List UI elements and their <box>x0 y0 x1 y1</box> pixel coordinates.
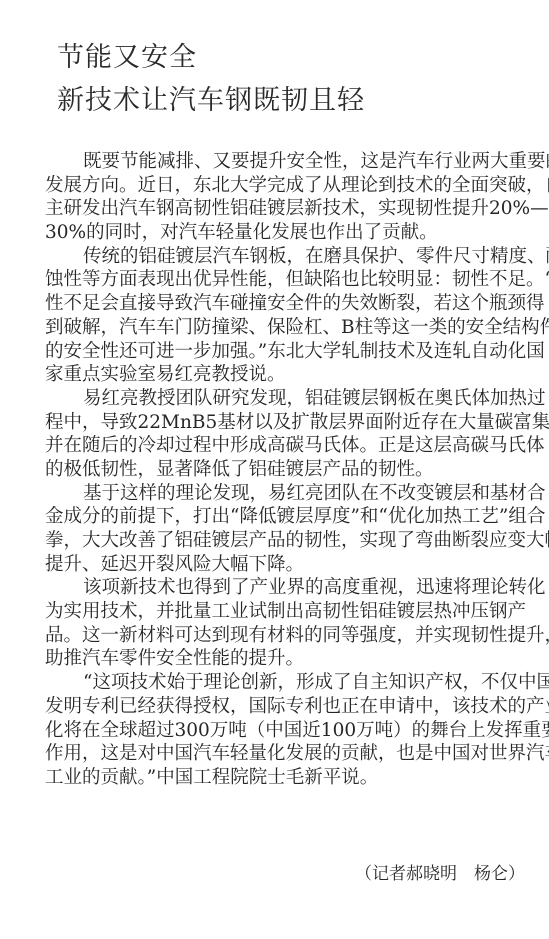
text-line: 助推汽车零件安全性能的提升。 <box>45 647 523 671</box>
paragraph-5: 该项新技术也得到了产业界的高度重视，迅速将理论转化 为实用技术，并批量工业试制出… <box>45 576 523 671</box>
text-line: 作用，这是对中国汽车轻量化发展的贡献，也是中国对世界汽车 <box>45 742 523 766</box>
text-line: 品。这一新材料可达到现有材料的同等强度，并实现韧性提升， <box>45 624 523 648</box>
text-line: 易红亮教授团队研究发现，铝硅镀层钢板在奥氏体加热过 <box>45 387 523 411</box>
text-line: 主研发出汽车钢高韧性铝硅镀层新技术，实现韧性提升20%— <box>45 197 523 221</box>
paragraph-1: 既要节能减排、又要提升安全性，这是汽车行业两大重要的 发展方向。近日，东北大学完… <box>45 150 523 245</box>
headline-line-1: 节能又安全 <box>57 36 365 79</box>
article-body: 既要节能减排、又要提升安全性，这是汽车行业两大重要的 发展方向。近日，东北大学完… <box>45 150 523 790</box>
text-line: 传统的铝硅镀层汽车钢板，在磨具保护、零件尺寸精度、耐 <box>45 245 523 269</box>
text-line: 并在随后的冷却过程中形成高碳马氏体。正是这层高碳马氏体 <box>45 434 523 458</box>
text-line: 的极低韧性，显著降低了铝硅镀层产品的韧性。 <box>45 458 523 482</box>
text-line: 程中，导致22MnB5基材以及扩散层界面附近存在大量碳富集， <box>45 411 523 435</box>
text-line: 化将在全球超过300万吨（中国近100万吨）的舞台上发挥重要 <box>45 719 523 743</box>
text-line: 的安全性还可进一步加强。”东北大学轧制技术及连轧自动化国 <box>45 340 523 364</box>
text-line: 发展方向。近日，东北大学完成了从理论到技术的全面突破，自 <box>45 174 523 198</box>
text-line: 提升、延迟开裂风险大幅下降。 <box>45 553 523 577</box>
paragraph-3: 易红亮教授团队研究发现，铝硅镀层钢板在奥氏体加热过 程中，导致22MnB5基材以… <box>45 387 523 482</box>
text-line: 家重点实验室易红亮教授说。 <box>45 363 523 387</box>
paragraph-4: 基于这样的理论发现，易红亮团队在不改变镀层和基材合 金成分的前提下，打出“降低镀… <box>45 482 523 577</box>
text-line: 金成分的前提下，打出“降低镀层厚度”和“优化加热工艺”组合 <box>45 505 523 529</box>
text-line: 拳，大大改善了铝硅镀层产品的韧性，实现了弯曲断裂应变大幅 <box>45 529 523 553</box>
text-line: 性不足会直接导致汽车碰撞安全件的失效断裂，若这个瓶颈得 <box>45 292 523 316</box>
text-line: 30%的同时，对汽车轻量化发展也作出了贡献。 <box>45 221 523 245</box>
paragraph-2: 传统的铝硅镀层汽车钢板，在磨具保护、零件尺寸精度、耐 蚀性等方面表现出优异性能，… <box>45 245 523 387</box>
text-line: 为实用技术，并批量工业试制出高韧性铝硅镀层热冲压钢产 <box>45 600 523 624</box>
text-line: 既要节能减排、又要提升安全性，这是汽车行业两大重要的 <box>45 150 523 174</box>
text-line: 该项新技术也得到了产业界的高度重视，迅速将理论转化 <box>45 576 523 600</box>
paragraph-6: “这项技术始于理论创新，形成了自主知识产权，不仅中国 发明专利已经获得授权，国际… <box>45 671 523 789</box>
text-line: 工业的贡献。”中国工程院院士毛新平说。 <box>45 766 523 790</box>
headline-line-2: 新技术让汽车钢既韧且轻 <box>57 79 365 122</box>
byline: （记者郝晓明 杨仑） <box>355 862 525 886</box>
headline: 节能又安全 新技术让汽车钢既韧且轻 <box>57 36 365 122</box>
text-line: “这项技术始于理论创新，形成了自主知识产权，不仅中国 <box>45 671 523 695</box>
text-line: 蚀性等方面表现出优异性能，但缺陷也比较明显：韧性不足。“韧 <box>45 268 523 292</box>
text-line: 基于这样的理论发现，易红亮团队在不改变镀层和基材合 <box>45 482 523 506</box>
text-line: 到破解，汽车车门防撞梁、保险杠、B柱等这一类的安全结构件 <box>45 316 523 340</box>
text-line: 发明专利已经获得授权，国际专利也正在申请中，该技术的产业 <box>45 695 523 719</box>
